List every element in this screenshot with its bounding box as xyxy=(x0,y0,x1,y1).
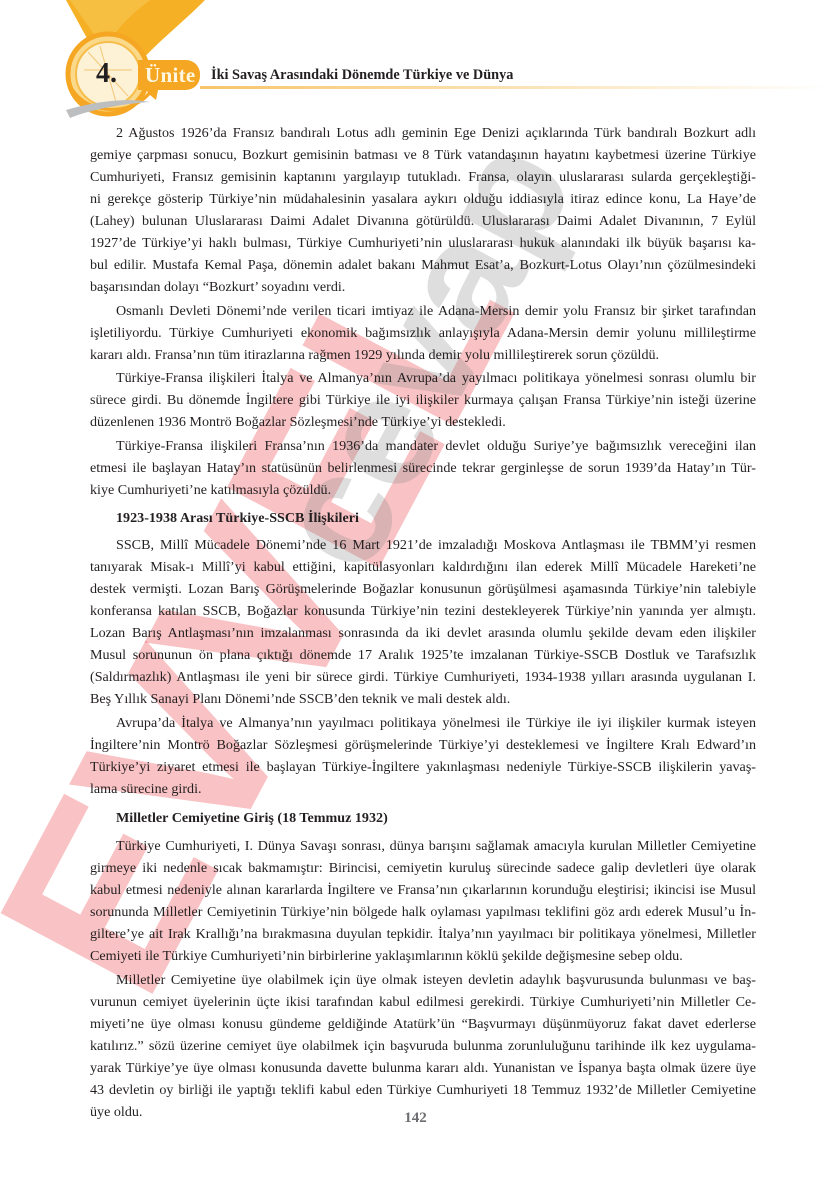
page-number: 142 xyxy=(0,1110,831,1127)
text-line: katılırız.” sözü üzerine cemiyet üye ola… xyxy=(90,1036,756,1056)
text-line: yarak Türkiye’ye üye olması konusunda da… xyxy=(90,1058,756,1078)
text-line: kararı aldı. Fransa’nın tüm itirazlarına… xyxy=(90,345,756,365)
text-line: kabul etmesi nedeniyle alınan kararlarda… xyxy=(90,880,756,900)
page-header: 4. Ünite İki Savaş Arasındaki Dönemde Tü… xyxy=(0,0,831,120)
text-line: Beş Yıllık Sanayi Planı Dönemi’nde SSCB’… xyxy=(90,689,756,709)
text-line: Cemiyeti ile Türkiye Cumhuriyeti’nin bir… xyxy=(90,946,756,966)
text-line: Milletler Cemiyetine üye olabilmek için … xyxy=(116,970,756,990)
text-line: sürece girdi. Bu dönemde İngiltere gibi … xyxy=(90,390,756,410)
section-heading-league-of-nations: Milletler Cemiyetine Giriş (18 Temmuz 19… xyxy=(116,808,756,828)
text-line: ni gerekçe gösterip Türkiye’nin müdahale… xyxy=(90,189,756,209)
text-line: Osmanlı Devleti Dönemi’nde verilen ticar… xyxy=(116,301,756,321)
text-line: 1927’de Türkiye’yi haklı bulması, Türkiy… xyxy=(90,233,756,253)
text-line: İngiltere’nin Montrö Boğazlar Sözleşmesi… xyxy=(90,735,756,755)
text-line: tanıyarak Misak-ı Millî’yi kabul ettiğin… xyxy=(90,557,756,577)
text-line: Musul sorununun ön plana çıktığı dönemde… xyxy=(90,645,756,665)
chapter-title: İki Savaş Arasındaki Dönemde Türkiye ve … xyxy=(211,64,513,86)
text-line: işletiliyordu. Türkiye Cumhuriyeti ekono… xyxy=(90,323,756,343)
text-line: konferansa katılan SSCB, Boğazlar konusu… xyxy=(90,601,756,621)
text-line: 2 Ağustos 1926’da Fransız bandıralı Lotu… xyxy=(116,123,756,143)
text-line: Türkiye-Fransa ilişkileri İtalya ve Alma… xyxy=(116,368,756,388)
unit-number: 4. xyxy=(96,57,117,91)
text-line: destek vermişti. Lozan Barış Görüşmeleri… xyxy=(90,579,756,599)
text-line: 43 devletin oy birliği ile yaptığı tekli… xyxy=(90,1080,756,1100)
unit-label: Ünite xyxy=(145,60,196,90)
text-line: lama sürecine girdi. xyxy=(90,779,756,799)
section-heading-ssbc: 1923-1938 Arası Türkiye-SSCB İlişkileri xyxy=(116,508,756,528)
text-line: kiye Cumhuriyeti’ne katılmasıyla çözüldü… xyxy=(90,480,756,500)
text-line: Türkiye’yi ziyaret etmesi ile başlayan T… xyxy=(90,757,756,777)
text-line: Türkiye-Fransa ilişkileri Fransa’nın 193… xyxy=(116,436,756,456)
text-line: düzenlenen 1936 Montrö Boğazlar Sözleşme… xyxy=(90,412,756,432)
title-underline xyxy=(200,86,831,89)
text-line: Lozan Barış Antlaşması’nın imzalanması s… xyxy=(90,623,756,643)
text-line: miyeti’ne üye olması konusu gündeme geld… xyxy=(90,1014,756,1034)
text-line: Cumhuriyeti, Fransız gemisinin kaptanını… xyxy=(90,167,756,187)
text-line: vurunun cemiyet üyelerinin üçte ikisi ta… xyxy=(90,992,756,1012)
text-line: giltere’ye ait Irak Krallığı’na bırakmas… xyxy=(90,924,756,944)
text-line: SSCB, Millî Mücadele Dönemi’nde 16 Mart … xyxy=(116,535,756,555)
text-line: etmesi ile başlayan Hatay’ın statüsünün … xyxy=(90,458,756,478)
text-line: sorununda Milletler Cemiyetinin Türkiye’… xyxy=(90,902,756,922)
text-line: bul edilir. Mustafa Kemal Paşa, dönemin … xyxy=(90,255,756,275)
text-line: Türkiye Cumhuriyeti, I. Dünya Savaşı son… xyxy=(116,836,756,856)
text-line: Avrupa’da İtalya ve Almanya’nın yayılmac… xyxy=(116,713,756,733)
text-line: gemiye çarpması sonucu, Bozkurt gemisini… xyxy=(90,145,756,165)
text-line: başarısından dolayı “Bozkurt’ soyadını v… xyxy=(90,277,756,297)
text-line: (Lahey) bulunan Uluslararası Daimi Adale… xyxy=(90,211,756,231)
text-line: (Saldırmazlık) Antlaşması ile yeni bir s… xyxy=(90,667,756,687)
text-line: girmeye iki nedenle sıcak bakmamıştır: B… xyxy=(90,858,756,878)
